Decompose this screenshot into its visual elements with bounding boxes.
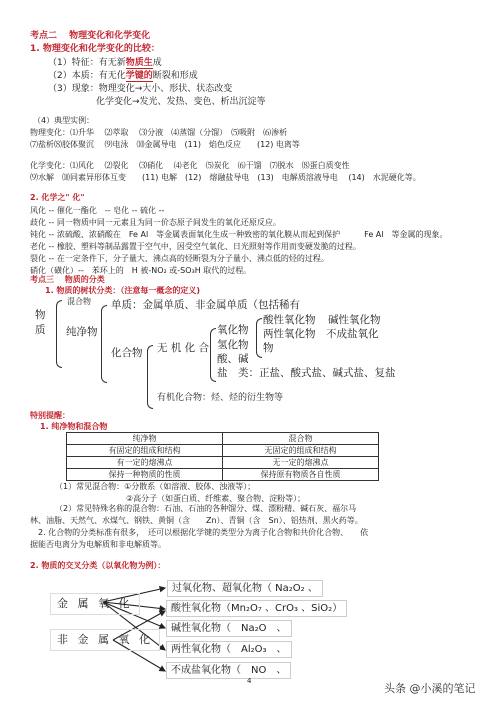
target-acidic-oxide: 酸性氧化物（Mn₂O₇ 、CrO₃ 、SiO₂） [166,600,347,617]
target-amphoteric-oxide: 两性氧化物（ Al₂O₃ 、 [166,641,292,658]
source-nonmetal-oxide: 非 金 属 氧 化 [50,629,160,651]
watermark: 头条 @小溪的笔记 [384,680,476,696]
target-basic-oxide: 碱性氧化物（ Na₂O 、 [166,620,292,637]
target-nonsalt-oxide: 不成盐氧化物（ NO 、 [166,662,291,679]
page-number: 4 [247,677,251,685]
source-metal-oxide: 金 属 氧 化 [50,593,140,615]
target-peroxide: 过氧化物、超氧化物（ Na₂O₂ 、 [167,580,323,597]
